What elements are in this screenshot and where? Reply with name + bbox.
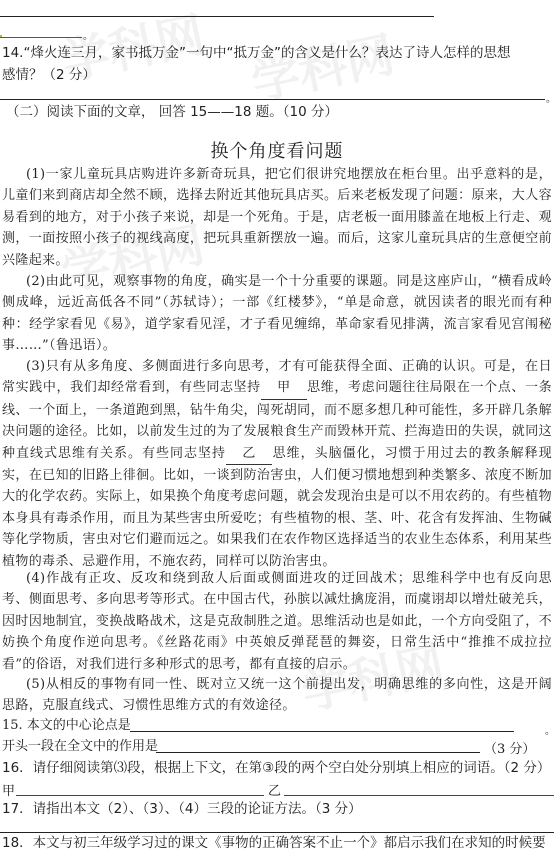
paragraph-3: (3)只有从多角度、多侧面进行多向思考，才有可能获得全面、正确的认识。可是，在日… (2, 356, 552, 572)
answer-line-short (0, 37, 82, 38)
paragraph-4: (4)作战有正攻、反攻和绕到敌人后面或侧面进攻的迂回战术；思维科学中也有反向思考… (2, 568, 552, 675)
answer-line-q15b (156, 752, 480, 753)
paragraph-2-text: (2)由此可见，观察事物的角度，确实是一个十分重要的课题。同是这座庐山，“横看成… (2, 274, 552, 353)
question-16: 16．请仔细阅读第⑶段，根据上下文，在第③段的两个空白处分别填上相应的词语。（2… (2, 759, 550, 777)
paragraph-2: (2)由此可见，观察事物的角度，确实是一个十分重要的课题。同是这座庐山，“横看成… (2, 271, 552, 357)
question-15: 15. 本文的中心论点是 (2, 717, 131, 735)
paragraph-4-text: (4)作战有正攻、反攻和绕到敌人后面或侧面进攻的迂回战术；思维科学中也有反向思考… (2, 571, 552, 672)
answer-label-yi: 乙 (268, 780, 281, 799)
question-14-line2: 感情？（2 分） (2, 66, 96, 84)
answer-label-jia: 甲 (2, 780, 15, 799)
question-15-label: 15. 本文的中心论点是 (2, 718, 131, 733)
question-17: 17．请指出本文（2）、（3）、（4）三段的论证方法。（3 分） (2, 800, 362, 818)
answer-line-top (0, 16, 434, 17)
article-title: 换个角度看问题 (0, 137, 554, 163)
question-15b-label: 开头一段在全文中的作用是 (2, 739, 158, 754)
question-15b: 开头一段在全文中的作用是 (2, 738, 158, 756)
answer-line-q14 (0, 99, 545, 100)
question-14-line1: 14.“烽火连三月，家书抵万金”一句中“抵万金”的含义是什么？表达了诗人怎样的思… (2, 44, 510, 62)
answer-line-jia[interactable] (16, 795, 264, 796)
paragraph-5-text: (5)从相反的事物有同一性、既对立又统一这个前提出发，明确思维的多向性，这是开阔… (2, 677, 552, 713)
section-heading: （二）阅读下面的文章， 回答 15——18 题。（10 分） (6, 103, 338, 121)
paragraph-1: (1)一家儿童玩具店购进许多新奇玩具，把它们很讲究地摆放在柜台里。出乎意料的是，… (2, 164, 552, 271)
blank-yi: 乙 (226, 443, 272, 465)
answer-end-mark: 。 (83, 27, 93, 42)
answer-end-mark: 。 (545, 722, 554, 737)
question-18: 18．本文与初三年级学习过的课文《事物的正确答案不止一个》都启示我们在求知的时候… (2, 834, 546, 852)
paragraph-1-text: (1)一家儿童玩具店购进许多新奇玩具，把它们很讲究地摆放在柜台里。出乎意料的是，… (2, 167, 552, 268)
blank-jia: 甲 (261, 377, 307, 399)
answer-end-mark: 。 (546, 90, 554, 105)
answer-line-yi[interactable] (284, 795, 554, 796)
paragraph-3-text-c: 思维，头脑僵化，习惯于用过去的教条解释现实，在已知的旧路上徘徊。比如，一谈到防治… (2, 446, 552, 569)
question-15b-score: （3 分） (484, 738, 535, 757)
answer-line-q17[interactable] (0, 832, 554, 833)
answer-line-q15 (130, 731, 514, 732)
paragraph-5: (5)从相反的事物有同一性、既对立又统一这个前提出发，明确思维的多向性，这是开阔… (2, 674, 552, 717)
